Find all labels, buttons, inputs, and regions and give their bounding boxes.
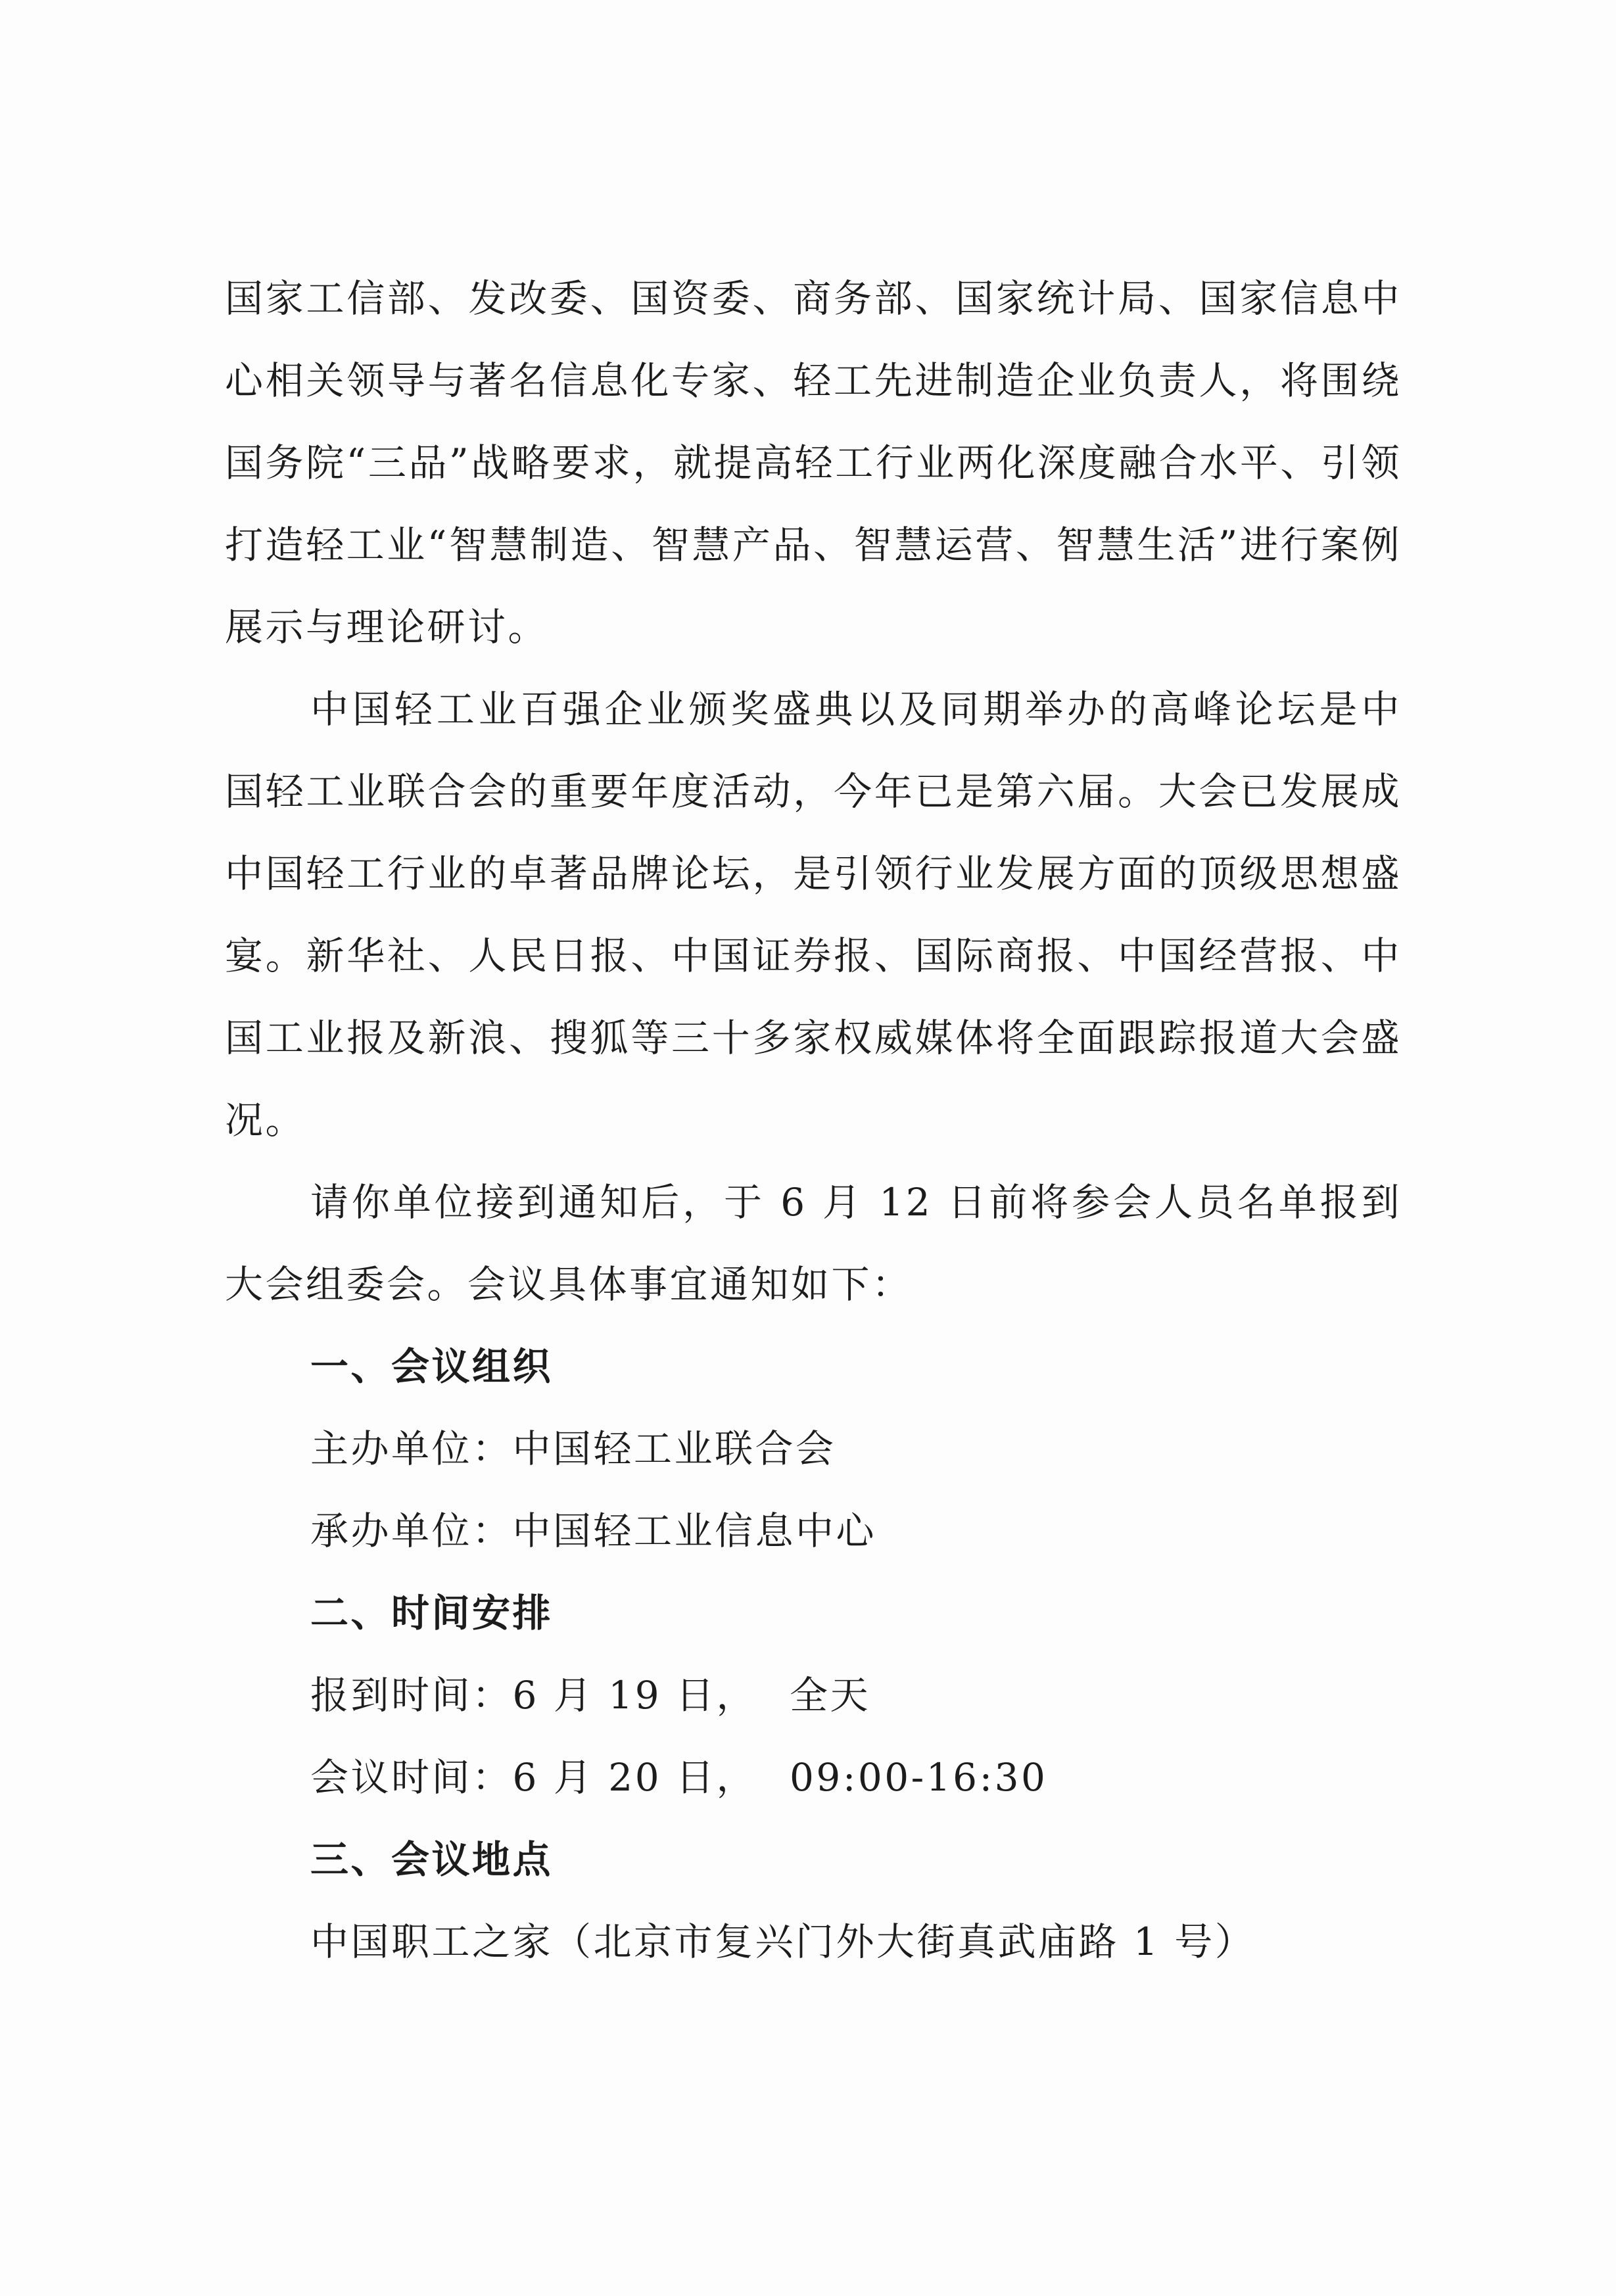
section-heading-schedule: 二、时间安排 [225, 1572, 1402, 1654]
paragraph-intro-continuation: 国家工信部、发改委、国资委、商务部、国家统计局、国家信息中心相关领导与著名信息化… [225, 258, 1402, 668]
venue-address: 中国职工之家（北京市复兴门外大街真武庙路 1 号） [225, 1901, 1402, 1983]
host-label: 主办单位： [310, 1426, 513, 1471]
organizer-value: 中国轻工业信息中心 [513, 1509, 877, 1553]
document-page: 国家工信部、发改委、国资委、商务部、国家统计局、国家信息中心相关领导与著名信息化… [225, 258, 1402, 1983]
section-heading-organization: 一、会议组织 [225, 1326, 1402, 1408]
checkin-row: 报到时间：6 月 19 日，全天 [225, 1654, 1402, 1737]
section-heading-venue: 三、会议地点 [225, 1819, 1402, 1901]
paragraph-registration-request: 请你单位接到通知后，于 6 月 12 日前将参会人员名单报到大会组委会。会议具体… [225, 1161, 1402, 1326]
meeting-date: 6 月 20 日， [513, 1755, 757, 1800]
paragraph-event-background: 中国轻工业百强企业颁奖盛典以及同期举办的高峰论坛是中国轻工业联合会的重要年度活动… [225, 668, 1402, 1161]
meeting-time: 09:00-16:30 [790, 1755, 1047, 1800]
checkin-time: 全天 [790, 1673, 870, 1718]
host-value: 中国轻工业联合会 [513, 1426, 836, 1471]
host-row: 主办单位：中国轻工业联合会 [225, 1408, 1402, 1490]
checkin-label: 报到时间： [310, 1673, 513, 1718]
meeting-label: 会议时间： [310, 1755, 513, 1800]
organizer-row: 承办单位：中国轻工业信息中心 [225, 1490, 1402, 1572]
checkin-date: 6 月 19 日， [513, 1673, 757, 1718]
organizer-label: 承办单位： [310, 1509, 513, 1553]
meeting-row: 会议时间：6 月 20 日，09:00-16:30 [225, 1737, 1402, 1819]
